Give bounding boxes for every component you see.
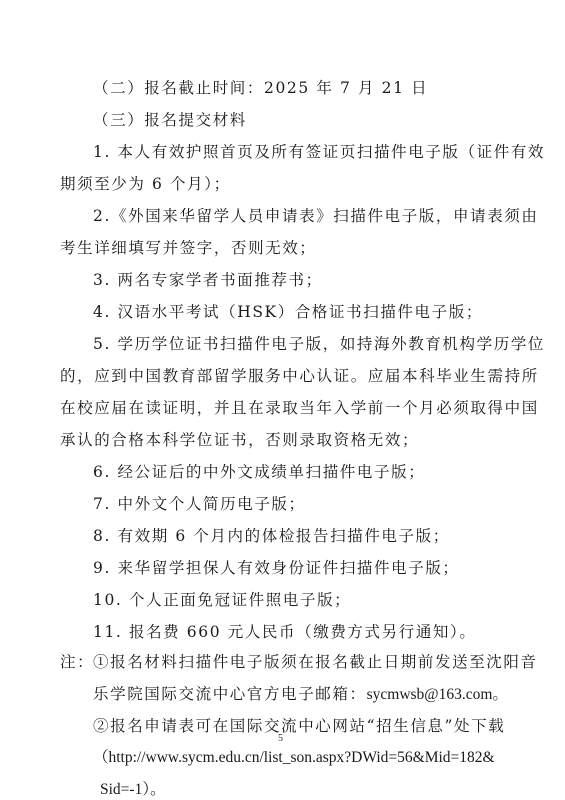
item-3: 3. 两名专家学者书面推荐书； [93, 270, 513, 290]
item-4: 4. 汉语水平考试（HSK）合格证书扫描件电子版； [93, 302, 513, 322]
item-7: 7. 中外文个人简历电子版； [93, 494, 513, 514]
item-11: 11. 报名费 660 元人民币（缴费方式另行通知）。 [93, 622, 513, 642]
materials-heading: （三）报名提交材料 [93, 110, 513, 130]
email-address: sycmwsb@163.com [367, 686, 493, 703]
item-2-line-2: 考生详细填写并签字，否则无效； [60, 238, 510, 258]
item-5-line-2: 的，应到中国教育部留学服务中心认证。应届本科毕业生需持所 [60, 366, 510, 386]
item-2-line-1: 2.《外国来华留学人员申请表》扫描件电子版，申请表须由 [93, 206, 513, 226]
page-number: 5 [278, 733, 283, 744]
note-1-line-2: 乐学院国际交流中心官方电子邮箱：sycmwsb@163.com。 [93, 684, 513, 705]
note-1-end: 。 [492, 685, 509, 703]
deadline-line: （二）报名截止时间：2025 年 7 月 21 日 [93, 78, 513, 98]
item-1-line-1: 1. 本人有效护照首页及所有签证页扫描件电子版（证件有效 [93, 142, 513, 162]
item-5-line-1: 5. 学历学位证书扫描件电子版，如持海外教育机构学历学位 [93, 334, 513, 354]
item-6: 6. 经公证后的中外文成绩单扫描件电子版； [93, 462, 513, 482]
note-2-url: （http://www.sycm.edu.cn/list_son.aspx?DW… [93, 748, 513, 768]
item-9: 9. 来华留学担保人有效身份证件扫描件电子版； [93, 558, 513, 578]
item-5-line-3: 在校应届在读证明，并且在录取当年入学前一个月必须取得中国 [60, 398, 510, 418]
document-page: （二）报名截止时间：2025 年 7 月 21 日 （三）报名提交材料 1. 本… [0, 0, 565, 800]
item-10: 10. 个人正面免冠证件照电子版； [93, 590, 513, 610]
note-1-line-1: ①报名材料扫描件电子版须在报名截止日期前发送至沈阳音 [93, 652, 513, 672]
note-2-line-1: ②报名申请表可在国际交流中心网站“招生信息”处下载 [93, 716, 513, 736]
item-5-line-4: 承认的合格本科学位证书，否则录取资格无效； [60, 430, 510, 450]
item-1-line-2: 期须至少为 6 个月）； [60, 174, 510, 194]
note-2-line-3: Sid=-1）。 [100, 780, 515, 800]
item-8: 8. 有效期 6 个月内的体检报告扫描件电子版； [93, 526, 513, 546]
note-1-text: 乐学院国际交流中心官方电子邮箱： [93, 685, 367, 703]
